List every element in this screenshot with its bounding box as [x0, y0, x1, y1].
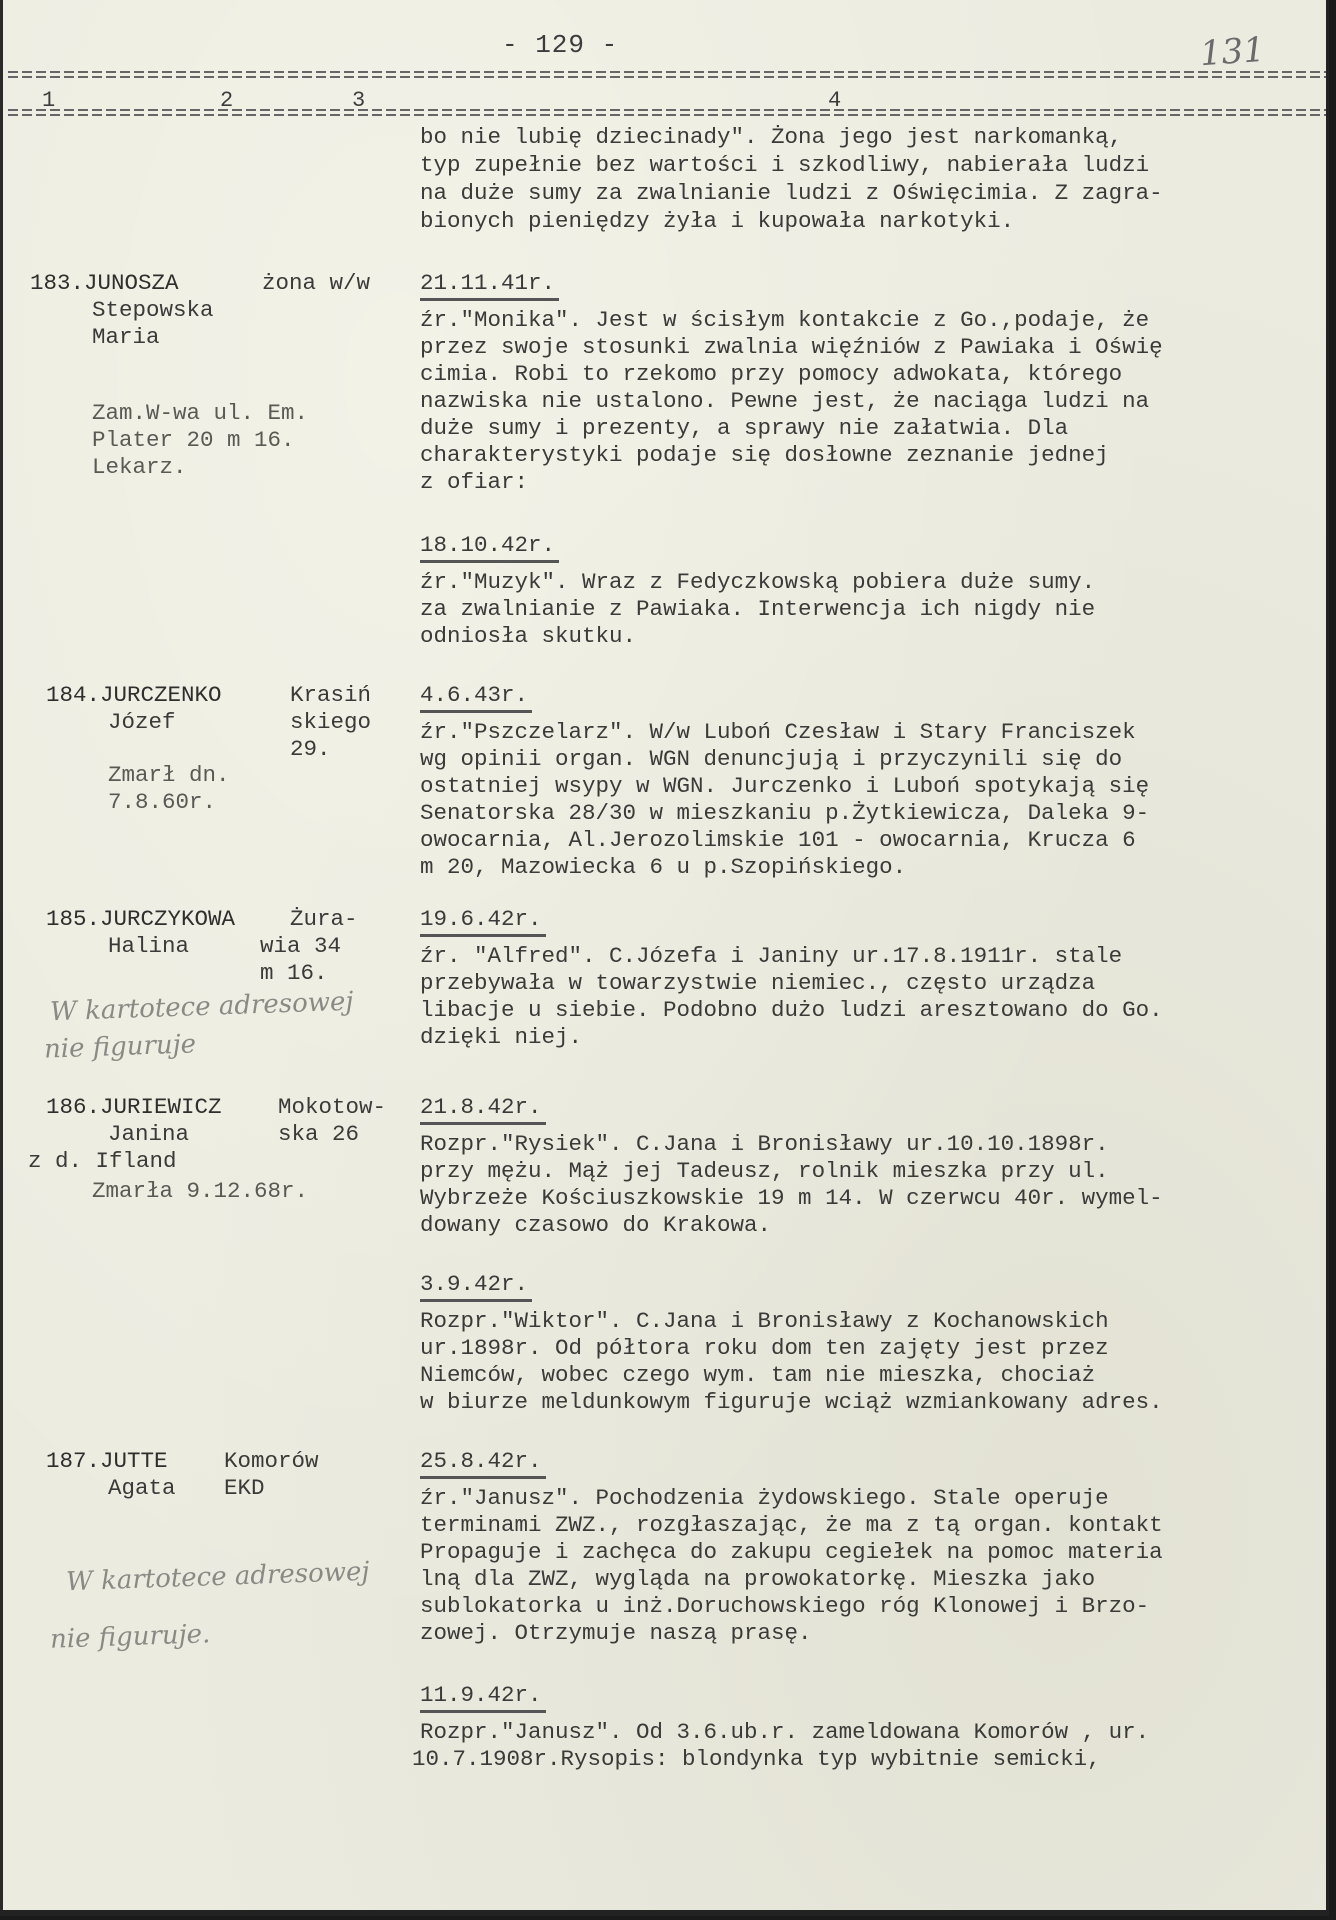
text-line: sublokatorka u inż.Doruchowskiego róg Kl…	[420, 1593, 1149, 1621]
entry-number: 186.	[46, 1094, 100, 1120]
scan-edge	[0, 0, 3, 1910]
document-page: - 129 - 131 1 2 3 4 bo nie lubię dziecin…	[0, 0, 1329, 1916]
entry-header: 183.JUNOSZA	[30, 270, 179, 298]
entry-name: Józef	[108, 709, 176, 737]
text-line: libacje u siebie. Podobno dużo ludzi are…	[420, 997, 1163, 1025]
entry-address: wia 34	[260, 933, 341, 961]
entry-name: Janina	[108, 1121, 189, 1149]
report-date: 21.11.41r.	[420, 270, 559, 301]
entry-name: Halina	[108, 933, 189, 961]
text-line: wg opinii organ. WGN denuncjują i przycz…	[420, 746, 1122, 774]
text-line: 10.7.1908r.Rysopis: blondynka typ wybitn…	[412, 1746, 1101, 1774]
entry-surname: JUNOSZA	[84, 270, 179, 296]
entry-address: ska 26	[278, 1121, 359, 1149]
text-line: odniosła skutku.	[420, 623, 636, 651]
text-line: Rozpr."Wiktor". C.Jana i Bronisławy z Ko…	[420, 1308, 1109, 1336]
text-line: na duże sumy za zwalnianie ludzi z Oświę…	[420, 180, 1163, 208]
entry-surname: JURCZYKOWA	[100, 906, 235, 932]
report-date: 18.10.42r.	[420, 532, 559, 563]
report-date: 21.8.42r.	[420, 1094, 546, 1125]
text-line: dowany czasowo do Krakowa.	[420, 1212, 771, 1240]
text-line: terminami ZWZ., rozgłaszając, że ma z tą…	[420, 1512, 1163, 1540]
entry-surname: JURIEWICZ	[100, 1094, 222, 1120]
text-line: przez swoje stosunki zwalnia więźniów z …	[420, 334, 1163, 362]
text-line: Rozpr."Rysiek". C.Jana i Bronisławy ur.1…	[420, 1131, 1109, 1159]
entry-address: Krasiń	[290, 682, 371, 710]
report-date: 4.6.43r.	[420, 682, 532, 713]
text-line: zowej. Otrzymuje naszą prasę.	[420, 1620, 812, 1648]
entry-address: Komorów	[224, 1448, 319, 1476]
text-line: dzięki niej.	[420, 1024, 582, 1052]
report-date: 25.8.42r.	[420, 1448, 546, 1479]
entry-header: 184.JURCZENKO	[46, 682, 222, 710]
report-date: 19.6.42r.	[420, 906, 546, 937]
entry-name: Maria	[92, 324, 160, 352]
text-line: źr."Janusz". Pochodzenia żydowskiego. St…	[420, 1485, 1109, 1513]
entry-number: 187.	[46, 1448, 100, 1474]
entry-address: EKD	[224, 1475, 265, 1503]
text-line: Rozpr."Janusz". Od 3.6.ub.r. zameldowana…	[420, 1719, 1149, 1747]
text-line: przebywała w towarzystwie niemiec., częs…	[420, 970, 1095, 998]
entry-name: Agata	[108, 1475, 176, 1503]
text-line: lną dla ZWZ, wygląda na prowokatorkę. Mi…	[420, 1566, 1095, 1594]
text-line: duże sumy i prezenty, a sprawy nie załat…	[420, 415, 1068, 443]
text-line: źr."Muzyk". Wraz z Fedyczkowską pobiera …	[420, 569, 1095, 597]
text-line: owocarnia, Al.Jerozolimskie 101 - owocar…	[420, 827, 1136, 855]
text-line: Niemców, wobec czego wym. tam nie mieszk…	[420, 1362, 1095, 1390]
entry-address: Mokotow-	[278, 1094, 386, 1122]
text-line: charakterystyki podaje się dosłowne zezn…	[420, 442, 1109, 470]
entry-note: Zmarł dn.	[108, 762, 230, 790]
entry-number: 183.	[30, 270, 84, 296]
entry-address: 29.	[290, 736, 331, 764]
entry-note: Zam.W-wa ul. Em.	[92, 400, 308, 428]
text-line: ur.1898r. Od półtora roku dom ten zajęty…	[420, 1335, 1109, 1363]
entry-note: Zmarła 9.12.68r.	[92, 1178, 308, 1206]
entry-note: Plater 20 m 16.	[92, 427, 295, 455]
entry-address: Żura-	[290, 906, 358, 934]
text-line: typ zupełnie bez wartości i szkodliwy, n…	[420, 152, 1149, 180]
report-date: 3.9.42r.	[420, 1271, 532, 1302]
text-line: źr."Monika". Jest w ścisłym kontakcie z …	[420, 307, 1149, 335]
text-line: w biurze meldunkowym figuruje wciąż wzmi…	[420, 1389, 1163, 1417]
entry-number: 184.	[46, 682, 100, 708]
entry-surname: JUTTE	[100, 1448, 168, 1474]
entry-note: 7.8.60r.	[108, 789, 216, 817]
page-number: - 129 -	[502, 30, 618, 60]
text-line: nazwiska nie ustalono. Pewne jest, że na…	[420, 388, 1149, 416]
text-line: Senatorska 28/30 w mieszkaniu p.Żytkiewi…	[420, 800, 1149, 828]
text-line: źr. "Alfred". C.Józefa i Janiny ur.17.8.…	[420, 943, 1122, 971]
text-line: Wybrzeże Kościuszkowskie 19 m 14. W czer…	[420, 1185, 1163, 1213]
handwritten-note: nie figuruje	[43, 1022, 197, 1071]
text-line: przy mężu. Mąż jej Tadeusz, rolnik miesz…	[420, 1158, 1109, 1186]
column-header-rule	[8, 108, 1326, 118]
text-line: cimia. Robi to rzekomo przy pomocy adwok…	[420, 361, 1122, 389]
entry-number: 185.	[46, 906, 100, 932]
text-line: za zwalnianie z Pawiaka. Interwencja ich…	[420, 596, 1095, 624]
text-line: Propaguje i zachęca do zakupu cegiełek n…	[420, 1539, 1163, 1567]
entry-name: z d. Ifland	[28, 1148, 177, 1176]
text-line: m 20, Mazowiecka 6 u p.Szopińskiego.	[420, 854, 906, 882]
text-line: z ofiar:	[420, 469, 528, 497]
text-line: bionych pieniędzy żyła i kupowała narkot…	[420, 208, 1014, 236]
entry-header: 185.JURCZYKOWA	[46, 906, 235, 934]
entry-header: 187.JUTTE	[46, 1448, 168, 1476]
archive-number-handwritten: 131	[1199, 30, 1267, 74]
text-line: bo nie lubię dziecinady". Żona jego jest…	[420, 124, 1122, 152]
header-rule	[8, 70, 1326, 80]
text-line: ostatniej wsypy w WGN. Jurczenko i Luboń…	[420, 773, 1149, 801]
handwritten-note: nie figuruje.	[49, 1612, 211, 1662]
entry-name: Stepowska	[92, 297, 214, 325]
entry-header: 186.JURIEWICZ	[46, 1094, 222, 1122]
entry-address: skiego	[290, 709, 371, 737]
entry-address: żona w/w	[262, 270, 370, 298]
text-line: źr."Pszczelarz". W/w Luboń Czesław i Sta…	[420, 719, 1136, 747]
handwritten-note: W kartotece adresowej	[65, 1550, 370, 1605]
entry-surname: JURCZENKO	[100, 682, 222, 708]
entry-note: Lekarz.	[92, 454, 187, 482]
report-date: 11.9.42r.	[420, 1682, 546, 1713]
